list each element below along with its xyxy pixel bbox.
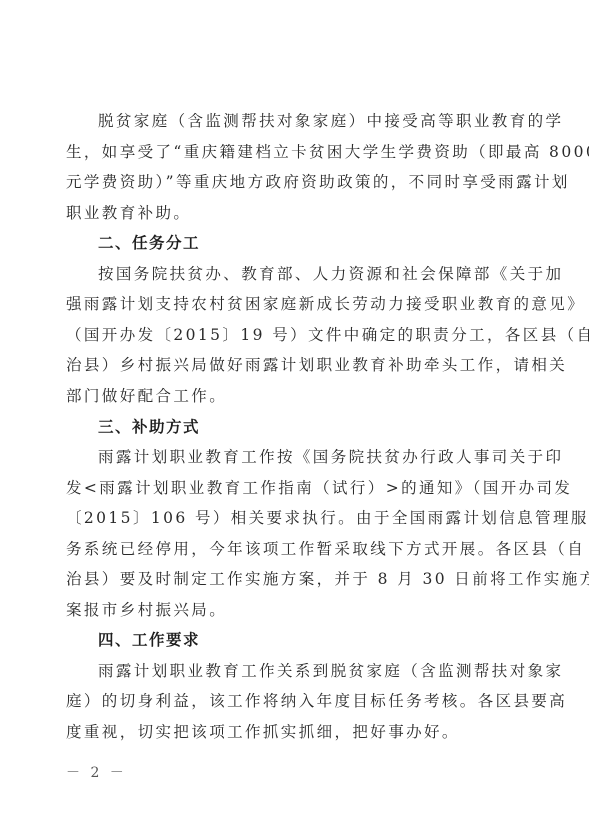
paragraph-line: 强雨露计划支持农村贫困家庭新成长劳动力接受职业教育的意见》 [66, 294, 512, 314]
paragraph-line: 治县）要及时制定工作实施方案，并于 8 月 30 日前将工作实施方 [66, 569, 512, 589]
paragraph-line: 部门做好配合工作。 [66, 386, 512, 406]
paragraph-line: 雨露计划职业教育工作按《国务院扶贫办行政人事司关于印 [98, 447, 512, 467]
paragraph-line: 度重视，切实把该项工作抓实抓细，把好事办好。 [66, 722, 512, 742]
paragraph-line: 职业教育补助。 [66, 203, 512, 223]
paragraph-line: 庭）的切身利益，该工作将纳入年度目标任务考核。各区县要高 [66, 691, 512, 711]
section-heading: 二、任务分工 [98, 233, 200, 253]
paragraph-line: 生，如享受了“重庆籍建档立卡贫困大学生学费资助（即最高 8000 [66, 142, 512, 162]
section-heading: 四、工作要求 [98, 630, 200, 650]
paragraph-line: 治县）乡村振兴局做好雨露计划职业教育补助牵头工作，请相关 [66, 355, 512, 375]
paragraph-line: 案报市乡村振兴局。 [66, 600, 512, 620]
document-page: 脱贫家庭（含监测帮扶对象家庭）中接受高等职业教育的学 生，如享受了“重庆籍建档立… [0, 0, 589, 833]
paragraph-line: 雨露计划职业教育工作关系到脱贫家庭（含监测帮扶对象家 [98, 661, 512, 681]
paragraph-line: 务系统已经停用，今年该项工作暂采取线下方式开展。各区县（自 [66, 539, 512, 559]
paragraph-line: 按国务院扶贫办、教育部、人力资源和社会保障部《关于加 [98, 264, 512, 284]
paragraph-line: 脱贫家庭（含监测帮扶对象家庭）中接受高等职业教育的学 [98, 111, 512, 131]
paragraph-line: 〔2015〕106 号）相关要求执行。由于全国雨露计划信息管理服 [66, 508, 512, 528]
paragraph-line: 元学费资助）”等重庆地方政府资助政策的，不同时享受雨露计划 [66, 172, 512, 192]
section-heading: 三、补助方式 [98, 417, 200, 437]
page-number: － 2 － [66, 762, 127, 782]
paragraph-line: （国开办发〔2015〕19 号）文件中确定的职责分工，各区县（自 [66, 325, 512, 345]
paragraph-line: 发<雨露计划职业教育工作指南（试行）>的通知》（国开办司发 [66, 478, 512, 498]
